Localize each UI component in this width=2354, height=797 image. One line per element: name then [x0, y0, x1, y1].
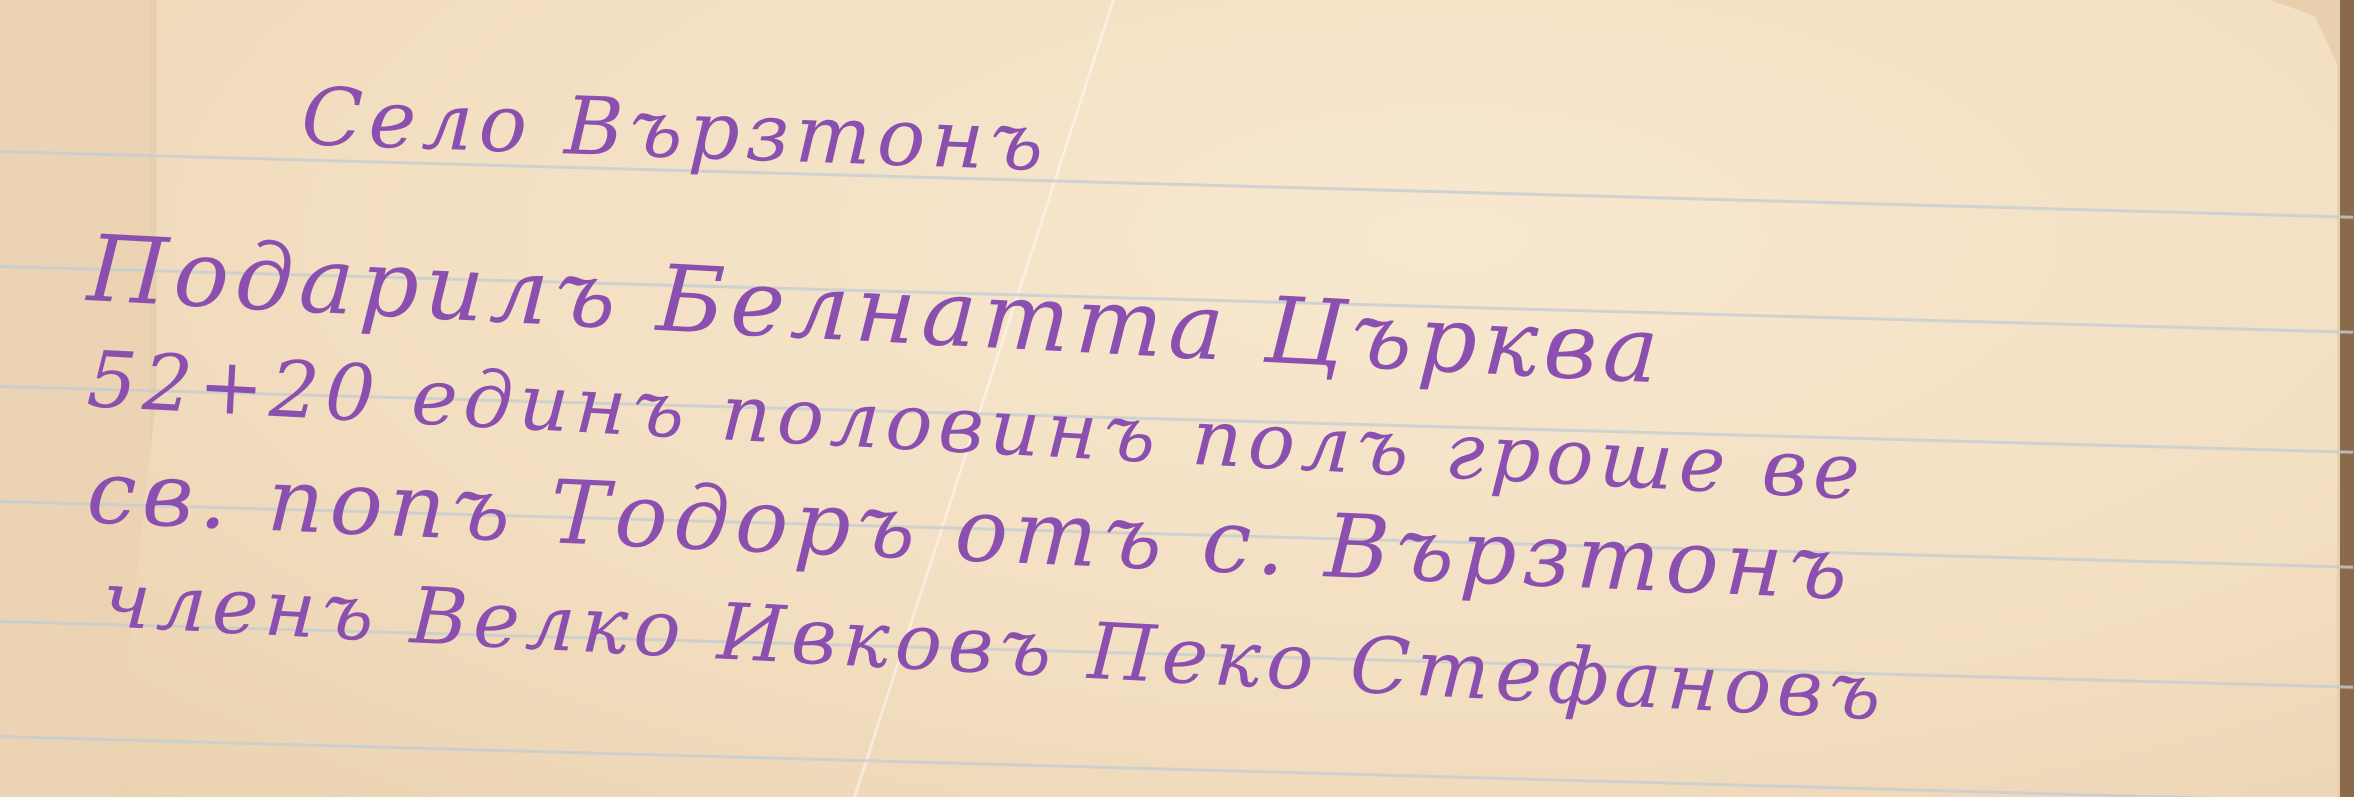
book-edge	[2340, 0, 2354, 797]
